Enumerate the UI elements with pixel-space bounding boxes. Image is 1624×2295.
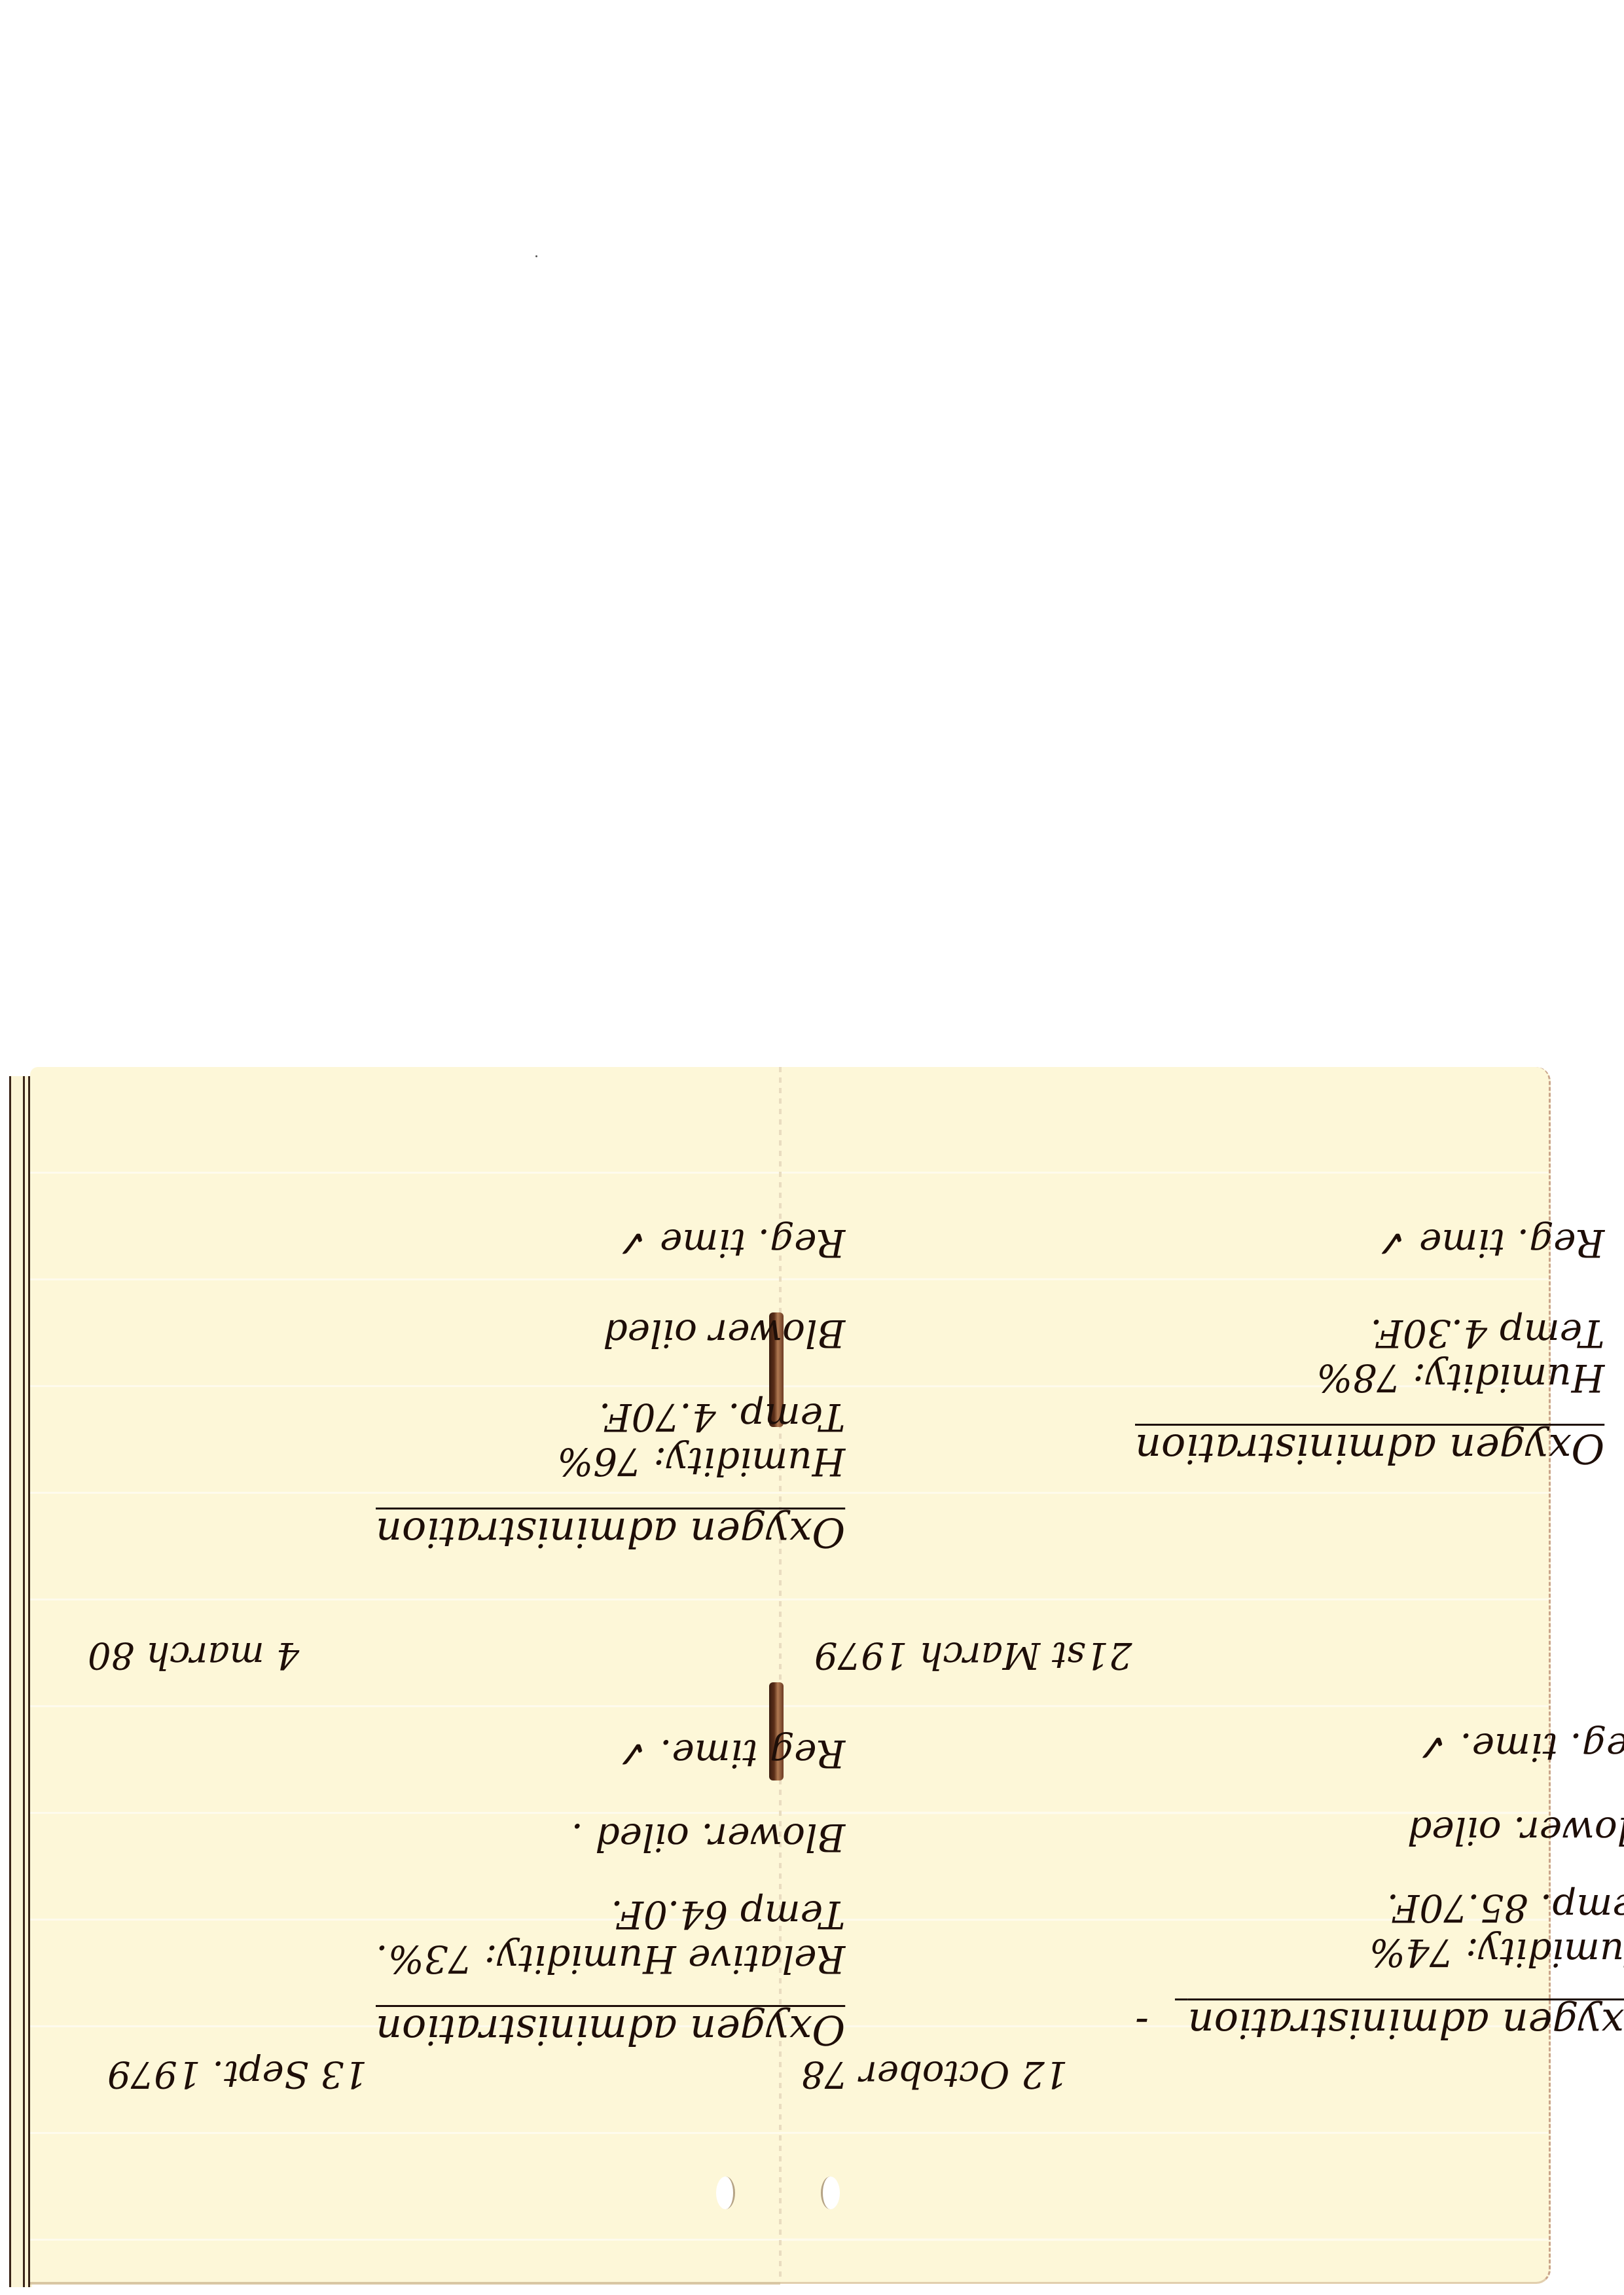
entry-reg: Reg time. ✓ (376, 1735, 845, 1773)
entry-heading: Oxygen administration - (1135, 2003, 1624, 2044)
entry-heading: Oxygen administration (1135, 1428, 1604, 1469)
log-entry-12-october-78: Oxygen administration - Humidity: 74% Te… (1135, 1728, 1624, 2044)
entry-temp: Temp. 4.70F. (376, 1398, 845, 1436)
entry-temp: Temp. 85.70F. (1135, 1889, 1624, 1927)
open-notebook: Oxygen administration Relative Humidity:… (9, 1067, 1549, 2291)
entry-reg-text: Reg. time (660, 1221, 845, 1265)
log-entry-4-march-80: Oxygen administration Humidity: 76% Temp… (376, 1224, 845, 1553)
entry-blower: Blower. oiled (1135, 1812, 1624, 1850)
entry-heading: Oxygen administration (376, 2010, 845, 2050)
entry-blower: Blower. oiled . (376, 1818, 845, 1856)
checkmark-icon: ✓ (1375, 1221, 1407, 1265)
entry-reg-text: Reg time. (660, 1731, 845, 1776)
scan-speck (535, 255, 537, 257)
entry-reg: Reg. time ✓ (1135, 1224, 1604, 1262)
entry-humidity: Relative Humidity: 73%. (376, 1940, 845, 1978)
checkmark-icon: ✓ (1416, 1725, 1448, 1769)
entry-humidity: Humidity: 74% (1135, 1934, 1624, 1972)
entry-blower: Blower oiled (376, 1314, 845, 1352)
entry-reg-text: Reg. time (1419, 1221, 1604, 1265)
entry-date-4-march-80: 4 march 80 (88, 1636, 299, 1673)
entry-date-21-march-1979: 21st March 1979 (814, 1636, 1132, 1673)
checkmark-icon: ✓ (616, 1731, 648, 1776)
checkmark-icon: ✓ (616, 1221, 648, 1265)
entry-date-12-october-78: 12 October 78 (801, 2055, 1068, 2092)
entry-temp: Temp 4.30F. (1135, 1314, 1604, 1352)
entry-reg: Reg. time. ✓ (1135, 1728, 1624, 1766)
punch-hole-right (821, 2177, 840, 2209)
entry-heading: Oxygen administration (376, 1512, 845, 1553)
entry-humidity: Humidity: 78% (1135, 1359, 1604, 1397)
entry-temp: Temp 64.0F. (376, 1896, 845, 1934)
entry-date-13-sept-1979: 13 Sept. 1979 (107, 2055, 367, 2092)
entry-humidity: Humidity: 76% (376, 1443, 845, 1481)
page-edges (9, 1076, 32, 2287)
log-entry-13-sept-1979: Oxygen administration Relative Humidity:… (376, 1735, 845, 2050)
entry-reg: Reg. time ✓ (376, 1224, 845, 1262)
entry-reg-text: Reg. time. (1460, 1725, 1624, 1769)
punch-hole-left (716, 2177, 735, 2209)
log-entry-21-march-1979: Oxygen administration Humidity: 78% Temp… (1135, 1224, 1604, 1469)
